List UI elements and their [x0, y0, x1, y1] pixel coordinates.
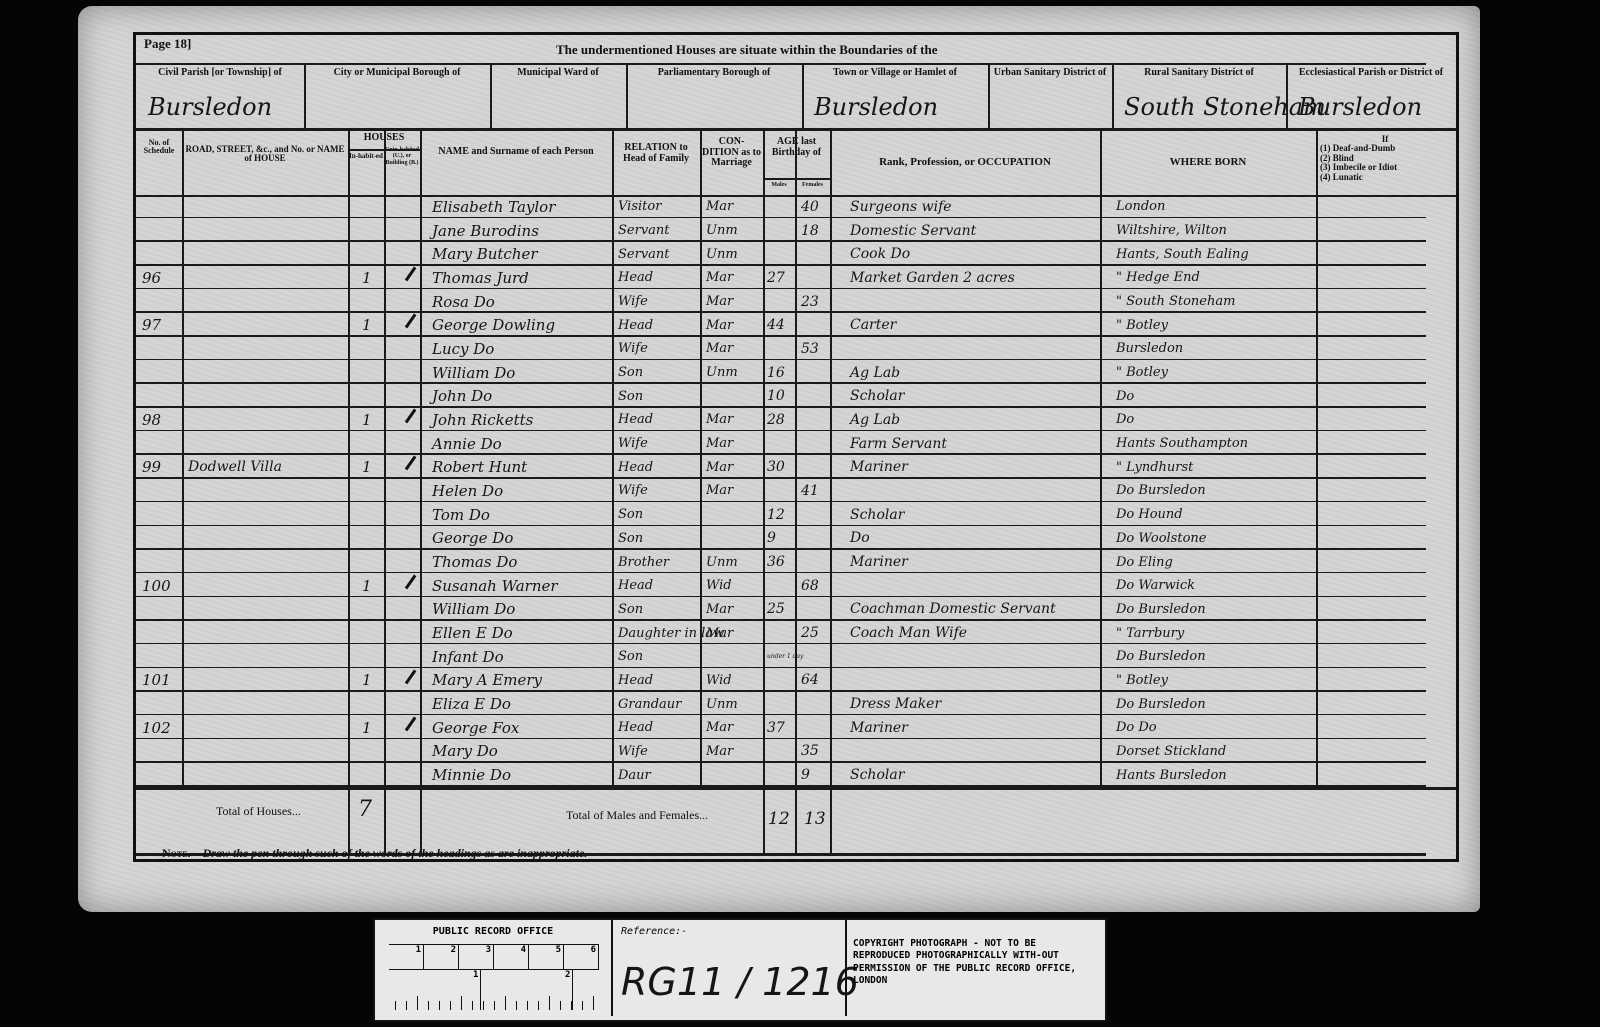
census-row: 1011Mary A EmeryHeadWid64" Botley [136, 669, 1456, 693]
occupation-cell: Farm Servant [850, 432, 947, 456]
district-label: Town or Village or Hamlet of [806, 68, 984, 79]
female-age-cell: 25 [801, 621, 819, 645]
relation-cell: Son [618, 503, 643, 527]
district-label: Urban Sanitary District of [992, 68, 1108, 79]
road-cell: Dodwell Villa [188, 455, 282, 479]
where-born-cell: " Lyndhurst [1116, 455, 1193, 479]
where-born-cell: " Botley [1116, 361, 1168, 385]
name-cell: Elisabeth Taylor [432, 195, 555, 219]
relation-cell: Head [618, 313, 653, 337]
relation-cell: Head [618, 574, 653, 598]
reference-value: RG11 / 1216 [621, 960, 859, 1004]
name-cell: Mary A Emery [432, 669, 542, 693]
male-age-cell: 27 [767, 266, 785, 290]
census-row: George DoSon9DoDo Woolstone [136, 527, 1456, 551]
cm-mark: 6 [564, 945, 599, 969]
relation-cell: Son [618, 384, 643, 408]
name-cell: Ellen E Do [432, 621, 513, 645]
inhabited-cell: 1 [362, 266, 372, 290]
condition-cell: Mar [706, 740, 733, 764]
where-born-cell: " Hedge End [1116, 266, 1200, 290]
condition-cell: Unm [706, 550, 738, 574]
where-born-cell: Do Bursledon [1116, 479, 1206, 503]
header-schedule: No. of Schedule [138, 139, 180, 156]
inhabited-cell: 1 [362, 716, 372, 740]
name-cell: George Do [432, 527, 513, 551]
schedule-cell: 96 [142, 266, 161, 290]
census-row: Minnie DoDaur9ScholarHants Bursledon [136, 763, 1456, 787]
infirmity-option: (4) Lunatic [1320, 173, 1450, 182]
condition-cell: Mar [706, 408, 733, 432]
relation-cell: Wife [618, 740, 648, 764]
occupation-cell: Scholar [850, 763, 904, 787]
where-born-cell: Do Hound [1116, 503, 1183, 527]
condition-cell: Wid [706, 669, 732, 693]
condition-cell: Unm [706, 242, 738, 266]
occupation-cell: Mariner [850, 716, 908, 740]
where-born-cell: Hants Southampton [1116, 432, 1248, 456]
condition-cell: Mar [706, 290, 733, 314]
name-cell: Mary Do [432, 740, 498, 764]
condition-cell: Unm [706, 692, 738, 716]
occupation-cell: Surgeons wife [850, 195, 952, 219]
header-where-born: WHERE BORN [1100, 157, 1316, 169]
where-born-cell: " South Stoneham [1116, 290, 1235, 314]
relation-cell: Head [618, 716, 653, 740]
header-inhabited: In-habit-ed [348, 153, 384, 160]
inch-mark: 2 [565, 970, 573, 1010]
census-row: Mary ButcherServantUnmCook DoHants, Sout… [136, 242, 1456, 266]
office-label: PUBLIC RECORD OFFICE [375, 926, 611, 937]
male-age-cell: 30 [767, 455, 785, 479]
page-label: Page 18] [144, 37, 191, 51]
name-cell: William Do [432, 598, 515, 622]
name-cell: Thomas Jurd [432, 266, 529, 290]
name-cell: George Dowling [432, 313, 555, 337]
census-row: 981John RickettsHeadMar28Ag LabDo [136, 408, 1456, 432]
male-age-cell: under 1 day [767, 645, 803, 669]
occupation-cell: Do [850, 527, 870, 551]
census-row: Tom DoSon12ScholarDo Hound [136, 503, 1456, 527]
where-born-cell: Do Eling [1116, 550, 1173, 574]
relation-cell: Grandaur [618, 692, 681, 716]
name-cell: William Do [432, 361, 515, 385]
relation-cell: Brother [618, 550, 669, 574]
census-row: Ellen E DoDaughter in lawMar25Coach Man … [136, 621, 1456, 645]
relation-cell: Son [618, 361, 643, 385]
census-row: 971George DowlingHeadMar44Carter" Botley [136, 313, 1456, 337]
district-label: Civil Parish [or Township] of [140, 68, 300, 79]
relation-cell: Son [618, 598, 643, 622]
header-road: ROAD, STREET, &c., and No. or NAME of HO… [184, 145, 346, 164]
census-row: Jane BurodinsServantUnm18Domestic Servan… [136, 219, 1456, 243]
header-occupation: Rank, Profession, or OCCUPATION [830, 157, 1100, 169]
where-born-cell: Do Bursledon [1116, 598, 1206, 622]
female-age-cell: 64 [801, 669, 819, 693]
district-value: South Stoneham [1124, 93, 1326, 121]
female-age-cell: 53 [801, 337, 819, 361]
relation-cell: Daur [618, 763, 651, 787]
condition-cell: Mar [706, 621, 733, 645]
total-females-value: 13 [804, 809, 826, 829]
condition-cell: Mar [706, 479, 733, 503]
census-row: Annie DoWifeMarFarm ServantHants Southam… [136, 432, 1456, 456]
total-males-value: 12 [768, 809, 790, 829]
male-age-cell: 44 [767, 313, 785, 337]
female-age-cell: 41 [801, 479, 819, 503]
female-age-cell: 18 [801, 219, 819, 243]
census-row: Lucy DoWifeMar53Bursledon [136, 337, 1456, 361]
name-cell: Susanah Warner [432, 574, 558, 598]
name-cell: Thomas Do [432, 550, 517, 574]
district-label: Parliamentary Borough of [630, 68, 798, 79]
header-infirmity: If(1) Deaf-and-Dumb(2) Blind(3) Imbecile… [1320, 135, 1450, 182]
where-born-cell: " Tarrbury [1116, 621, 1184, 645]
condition-cell: Mar [706, 313, 733, 337]
male-age-cell: 25 [767, 598, 785, 622]
occupation-cell: Coachman Domestic Servant [850, 598, 1056, 622]
district-value: Bursledon [148, 93, 272, 121]
condition-cell: Mar [706, 266, 733, 290]
census-row: 1001Susanah WarnerHeadWid68Do Warwick [136, 574, 1456, 598]
census-row: Eliza E DoGrandaurUnmDress MakerDo Bursl… [136, 692, 1456, 716]
where-born-cell: " Botley [1116, 313, 1168, 337]
where-born-cell: Bursledon [1116, 337, 1183, 361]
census-row: William DoSonUnm16Ag Lab" Botley [136, 361, 1456, 385]
census-row: 961Thomas JurdHeadMar27Market Garden 2 a… [136, 266, 1456, 290]
name-cell: Minnie Do [432, 763, 511, 787]
schedule-cell: 102 [142, 716, 171, 740]
occupation-cell: Mariner [850, 550, 908, 574]
ruler-block: PUBLIC RECORD OFFICE 123456 12 [375, 920, 613, 1016]
cm-mark: 2 [424, 945, 459, 969]
copyright-notice: COPYRIGHT PHOTOGRAPH - NOT TO BE REPRODU… [853, 938, 1089, 987]
female-age-cell: 9 [801, 763, 810, 787]
relation-cell: Son [618, 645, 643, 669]
where-born-cell: Hants, South Ealing [1116, 242, 1249, 266]
census-form: Page 18] The undermentioned Houses are s… [133, 32, 1459, 862]
form-note: Note.—Draw the pen through such of the w… [162, 846, 587, 861]
total-persons-label: Total of Males and Females... [566, 809, 708, 822]
condition-cell: Mar [706, 337, 733, 361]
name-cell: Jane Burodins [432, 219, 539, 243]
inch-mark: 1 [473, 970, 481, 1010]
name-cell: Robert Hunt [432, 455, 527, 479]
female-age-cell: 68 [801, 574, 819, 598]
male-age-cell: 36 [767, 550, 785, 574]
where-born-cell: Do Do [1116, 716, 1157, 740]
relation-cell: Head [618, 669, 653, 693]
record-office-stamp: PUBLIC RECORD OFFICE 123456 12 Reference… [373, 918, 1107, 1022]
name-cell: Mary Butcher [432, 242, 538, 266]
male-age-cell: 28 [767, 408, 785, 432]
where-born-cell: Do [1116, 408, 1134, 432]
inhabited-cell: 1 [362, 669, 372, 693]
note-label: Note. [162, 846, 191, 860]
name-cell: Eliza E Do [432, 692, 511, 716]
name-cell: Tom Do [432, 503, 490, 527]
form-banner: The undermentioned Houses are situate wi… [556, 43, 937, 57]
condition-cell: Unm [706, 361, 738, 385]
occupation-cell: Scholar [850, 384, 904, 408]
census-row: Helen DoWifeMar41Do Bursledon [136, 479, 1456, 503]
district-label: Rural Sanitary District of [1116, 68, 1282, 79]
name-cell: Infant Do [432, 645, 504, 669]
inhabited-cell: 1 [362, 313, 372, 337]
where-born-cell: Do Bursledon [1116, 645, 1206, 669]
inhabited-cell: 1 [362, 408, 372, 432]
relation-cell: Head [618, 266, 653, 290]
schedule-cell: 98 [142, 408, 161, 432]
occupation-cell: Coach Man Wife [850, 621, 967, 645]
census-row: 99Dodwell Villa1Robert HuntHeadMar30Mari… [136, 455, 1456, 479]
relation-cell: Head [618, 408, 653, 432]
reference-label: Reference:- [621, 926, 687, 937]
occupation-cell: Carter [850, 313, 896, 337]
census-row: Infant DoSonunder 1 dayDo Bursledon [136, 645, 1456, 669]
female-age-cell: 23 [801, 290, 819, 314]
census-row: Rosa DoWifeMar23" South Stoneham [136, 290, 1456, 314]
header-males: Males [763, 182, 795, 188]
district-label: Ecclesiastical Parish or District of [1290, 68, 1452, 79]
condition-cell: Mar [706, 195, 733, 219]
where-born-cell: Do [1116, 384, 1134, 408]
occupation-cell: Dress Maker [850, 692, 941, 716]
schedule-cell: 99 [142, 455, 161, 479]
occupation-cell: Scholar [850, 503, 904, 527]
name-cell: Helen Do [432, 479, 503, 503]
relation-cell: Wife [618, 432, 648, 456]
district-label: City or Municipal Borough of [308, 68, 486, 79]
note-text: —Draw the pen through such of the words … [191, 846, 588, 860]
male-age-cell: 10 [767, 384, 785, 408]
header-relation: RELATION to Head of Family [614, 143, 698, 164]
name-cell: Lucy Do [432, 337, 494, 361]
where-born-cell: Do Woolstone [1116, 527, 1206, 551]
occupation-cell: Ag Lab [850, 361, 900, 385]
district-value: Bursledon [814, 93, 938, 121]
where-born-cell: Hants Bursledon [1116, 763, 1227, 787]
male-age-cell: 12 [767, 503, 785, 527]
header-name: NAME and Surname of each Person [426, 147, 606, 158]
male-age-cell: 16 [767, 361, 785, 385]
where-born-cell: Dorset Stickland [1116, 740, 1226, 764]
occupation-cell: Domestic Servant [850, 219, 976, 243]
relation-cell: Son [618, 527, 643, 551]
cm-mark: 1 [389, 945, 424, 969]
census-row: William DoSonMar25Coachman Domestic Serv… [136, 598, 1456, 622]
male-age-cell: 37 [767, 716, 785, 740]
where-born-cell: London [1116, 195, 1165, 219]
condition-cell: Mar [706, 716, 733, 740]
where-born-cell: Wiltshire, Wilton [1116, 219, 1227, 243]
condition-cell: Wid [706, 574, 732, 598]
inhabited-cell: 1 [362, 455, 372, 479]
occupation-cell: Cook Do [850, 242, 910, 266]
inhabited-cell: 1 [362, 574, 372, 598]
condition-cell: Unm [706, 219, 738, 243]
where-born-cell: Do Warwick [1116, 574, 1195, 598]
name-cell: Annie Do [432, 432, 502, 456]
name-cell: John Ricketts [432, 408, 533, 432]
census-row: Elisabeth TaylorVisitorMar40Surgeons wif… [136, 195, 1456, 219]
schedule-cell: 97 [142, 313, 161, 337]
relation-cell: Servant [618, 242, 670, 266]
header-condition: CON-DITION as to Marriage [702, 137, 761, 169]
cm-mark: 4 [494, 945, 529, 969]
cm-scale: 123456 [389, 944, 599, 970]
schedule-cell: 101 [142, 669, 171, 693]
census-row: John DoSon10ScholarDo [136, 384, 1456, 408]
relation-cell: Wife [618, 337, 648, 361]
district-value: Bursledon [1298, 93, 1422, 121]
census-row: Thomas DoBrotherUnm36MarinerDo Eling [136, 550, 1456, 574]
condition-cell: Mar [706, 455, 733, 479]
census-row: Mary DoWifeMar35Dorset Stickland [136, 740, 1456, 764]
where-born-cell: " Botley [1116, 669, 1168, 693]
occupation-cell: Mariner [850, 455, 908, 479]
inch-scale: 12 [389, 970, 599, 1014]
female-age-cell: 40 [801, 195, 819, 219]
name-cell: Rosa Do [432, 290, 495, 314]
total-houses-value: 7 [358, 797, 372, 822]
male-age-cell: 9 [767, 527, 776, 551]
cm-mark: 5 [529, 945, 564, 969]
district-label: Municipal Ward of [494, 68, 622, 79]
relation-cell: Head [618, 455, 653, 479]
total-houses-label: Total of Houses... [216, 805, 301, 818]
relation-cell: Wife [618, 290, 648, 314]
relation-cell: Servant [618, 219, 670, 243]
census-row: 1021George FoxHeadMar37MarinerDo Do [136, 716, 1456, 740]
relation-cell: Wife [618, 479, 648, 503]
where-born-cell: Do Bursledon [1116, 692, 1206, 716]
header-females: Females [795, 182, 830, 188]
female-age-cell: 35 [801, 740, 819, 764]
occupation-cell: Ag Lab [850, 408, 900, 432]
relation-cell: Visitor [618, 195, 661, 219]
schedule-cell: 100 [142, 574, 171, 598]
occupation-cell: Market Garden 2 acres [850, 266, 1015, 290]
name-cell: John Do [432, 384, 492, 408]
cm-mark: 3 [459, 945, 494, 969]
condition-cell: Mar [706, 598, 733, 622]
condition-cell: Mar [706, 432, 733, 456]
name-cell: George Fox [432, 716, 519, 740]
